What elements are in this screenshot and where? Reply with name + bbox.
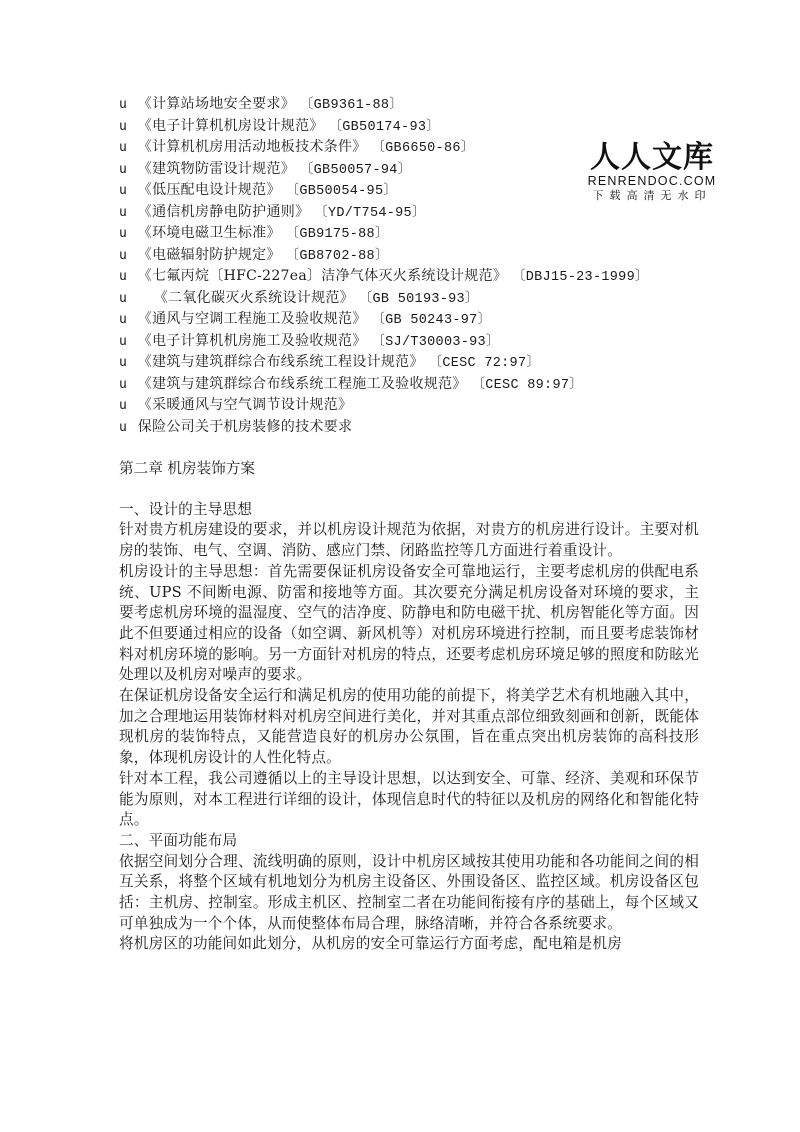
reference-title: 《计算站场地安全要求》	[138, 96, 295, 112]
reference-title: 《环境电磁卫生标准》	[138, 225, 281, 241]
reference-code: 〔GB8702-88〕	[286, 249, 389, 264]
list-item: u 《计算站场地安全要求》 〔GB9361-88〕	[119, 94, 699, 116]
bullet-icon: u	[119, 266, 133, 288]
bullet-icon: u	[119, 374, 133, 396]
list-item: u 《通信机房静电防护通则》 〔YD/T754-95〕	[119, 202, 699, 224]
reference-code: 〔GB50057-94〕	[300, 163, 412, 178]
bullet-icon: u	[119, 309, 133, 331]
reference-title: 《建筑与建筑群综合布线系统工程施工及验收规范》	[138, 376, 467, 392]
list-item: u 《电子计算机机房施工及验收规范》 〔SJ/T30003-93〕	[119, 331, 699, 353]
paragraph: 针对贵方机房建设的要求，并以机房设计规范为依据，对贵方的机房进行设计。主要对机房…	[119, 520, 699, 561]
bullet-icon: u	[119, 417, 133, 439]
paragraph: 依据空间划分合理、流线明确的原则，设计中机房区域按其使用功能和各功能间之间的相互…	[119, 852, 699, 935]
reference-code: 〔GB 50243-97〕	[371, 313, 491, 328]
bullet-icon: u	[119, 116, 133, 138]
list-item: u 《采暖通风与空气调节设计规范》	[119, 395, 699, 417]
chapter-title: 第二章 机房装饰方案	[119, 459, 699, 480]
reference-title: 《采暖通风与空气调节设计规范》	[138, 397, 353, 413]
reference-code: 〔DBJ15-23-1999〕	[512, 270, 649, 285]
section-heading: 二、平面功能布局	[119, 831, 699, 852]
bullet-icon: u	[119, 288, 149, 310]
list-item: u 保险公司关于机房装修的技术要求	[119, 417, 699, 439]
reference-title: 《通信机房静电防护通则》	[138, 204, 310, 220]
reference-title: 《建筑物防雷设计规范》	[138, 161, 295, 177]
reference-title: 《电磁辐射防护规定》	[138, 247, 281, 263]
list-item: u 《计算机机房用活动地板技术条件》 〔GB6650-86〕	[119, 137, 699, 159]
list-item: u 《电磁辐射防护规定》 〔GB8702-88〕	[119, 245, 699, 267]
bullet-icon: u	[119, 202, 133, 224]
list-item: u 《二氧化碳灭火系统设计规范》 〔GB 50193-93〕	[119, 288, 699, 310]
reference-standards-list: u 《计算站场地安全要求》 〔GB9361-88〕 u 《电子计算机机房设计规范…	[119, 94, 699, 438]
list-item: u 《建筑与建筑群综合布线系统工程设计规范》 〔CESC 72:97〕	[119, 352, 699, 374]
reference-title: 《建筑与建筑群综合布线系统工程设计规范》	[138, 354, 424, 370]
section-floor-layout: 二、平面功能布局 依据空间划分合理、流线明确的原则，设计中机房区域按其使用功能和…	[119, 831, 699, 955]
reference-code: 〔GB50174-93〕	[328, 120, 440, 135]
reference-code: 〔GB50054-95〕	[286, 184, 398, 199]
reference-code: 〔GB 50193-93〕	[359, 292, 479, 307]
bullet-icon: u	[119, 245, 133, 267]
bullet-icon: u	[119, 159, 133, 181]
paragraph: 机房设计的主导思想：首先需要保证机房设备安全可靠地运行，主要考虑机房的供配电系统…	[119, 562, 699, 686]
reference-title: 《通风与空调工程施工及验收规范》	[138, 311, 367, 327]
document-page: u 《计算站场地安全要求》 〔GB9361-88〕 u 《电子计算机机房设计规范…	[119, 94, 699, 955]
list-item: u 《通风与空调工程施工及验收规范》 〔GB 50243-97〕	[119, 309, 699, 331]
list-item: u 《建筑物防雷设计规范》 〔GB50057-94〕	[119, 159, 699, 181]
list-item: u 《电子计算机机房设计规范》 〔GB50174-93〕	[119, 116, 699, 138]
reference-title: 《七氟丙烷〔HFC-227ea〕洁净气体灭火系统设计规范》	[138, 268, 507, 284]
section-design-philosophy: 一、设计的主导思想 针对贵方机房建设的要求，并以机房设计规范为依据，对贵方的机房…	[119, 500, 699, 831]
reference-code: 〔SJ/T30003-93〕	[371, 335, 499, 350]
reference-code: 〔GB9361-88〕	[300, 98, 403, 113]
section-heading: 一、设计的主导思想	[119, 500, 699, 521]
paragraph: 在保证机房设备安全运行和满足机房的使用功能的前提下，将美学艺术有机地融入其中，加…	[119, 686, 699, 769]
bullet-icon: u	[119, 94, 133, 116]
list-item: u 《建筑与建筑群综合布线系统工程施工及验收规范》 〔CESC 89:97〕	[119, 374, 699, 396]
reference-title: 《低压配电设计规范》	[138, 182, 281, 198]
bullet-icon: u	[119, 331, 133, 353]
reference-title: 《电子计算机机房施工及验收规范》	[138, 333, 367, 349]
reference-code: 〔GB9175-88〕	[286, 227, 389, 242]
reference-code: 〔GB6650-86〕	[371, 141, 474, 156]
paragraph: 针对本工程，我公司遵循以上的主导设计思想，以达到安全、可靠、经济、美观和环保节能…	[119, 769, 699, 831]
paragraph: 将机房区的功能间如此划分，从机房的安全可靠运行方面考虑，配电箱是机房	[119, 934, 699, 955]
list-item: u 《环境电磁卫生标准》 〔GB9175-88〕	[119, 223, 699, 245]
bullet-icon: u	[119, 180, 133, 202]
reference-title: 《二氧化碳灭火系统设计规范》	[154, 290, 354, 306]
reference-code: 〔CESC 89:97〕	[471, 378, 583, 393]
bullet-icon: u	[119, 352, 133, 374]
bullet-icon: u	[119, 223, 133, 245]
reference-title: 《电子计算机机房设计规范》	[138, 118, 324, 134]
bullet-icon: u	[119, 395, 133, 417]
bullet-icon: u	[119, 137, 133, 159]
list-item: u 《低压配电设计规范》 〔GB50054-95〕	[119, 180, 699, 202]
reference-title: 保险公司关于机房装修的技术要求	[138, 419, 353, 435]
reference-code: 〔CESC 72:97〕	[429, 356, 541, 371]
list-item: u 《七氟丙烷〔HFC-227ea〕洁净气体灭火系统设计规范》 〔DBJ15-2…	[119, 266, 699, 288]
reference-code: 〔YD/T754-95〕	[314, 206, 426, 221]
reference-title: 《计算机机房用活动地板技术条件》	[138, 139, 367, 155]
